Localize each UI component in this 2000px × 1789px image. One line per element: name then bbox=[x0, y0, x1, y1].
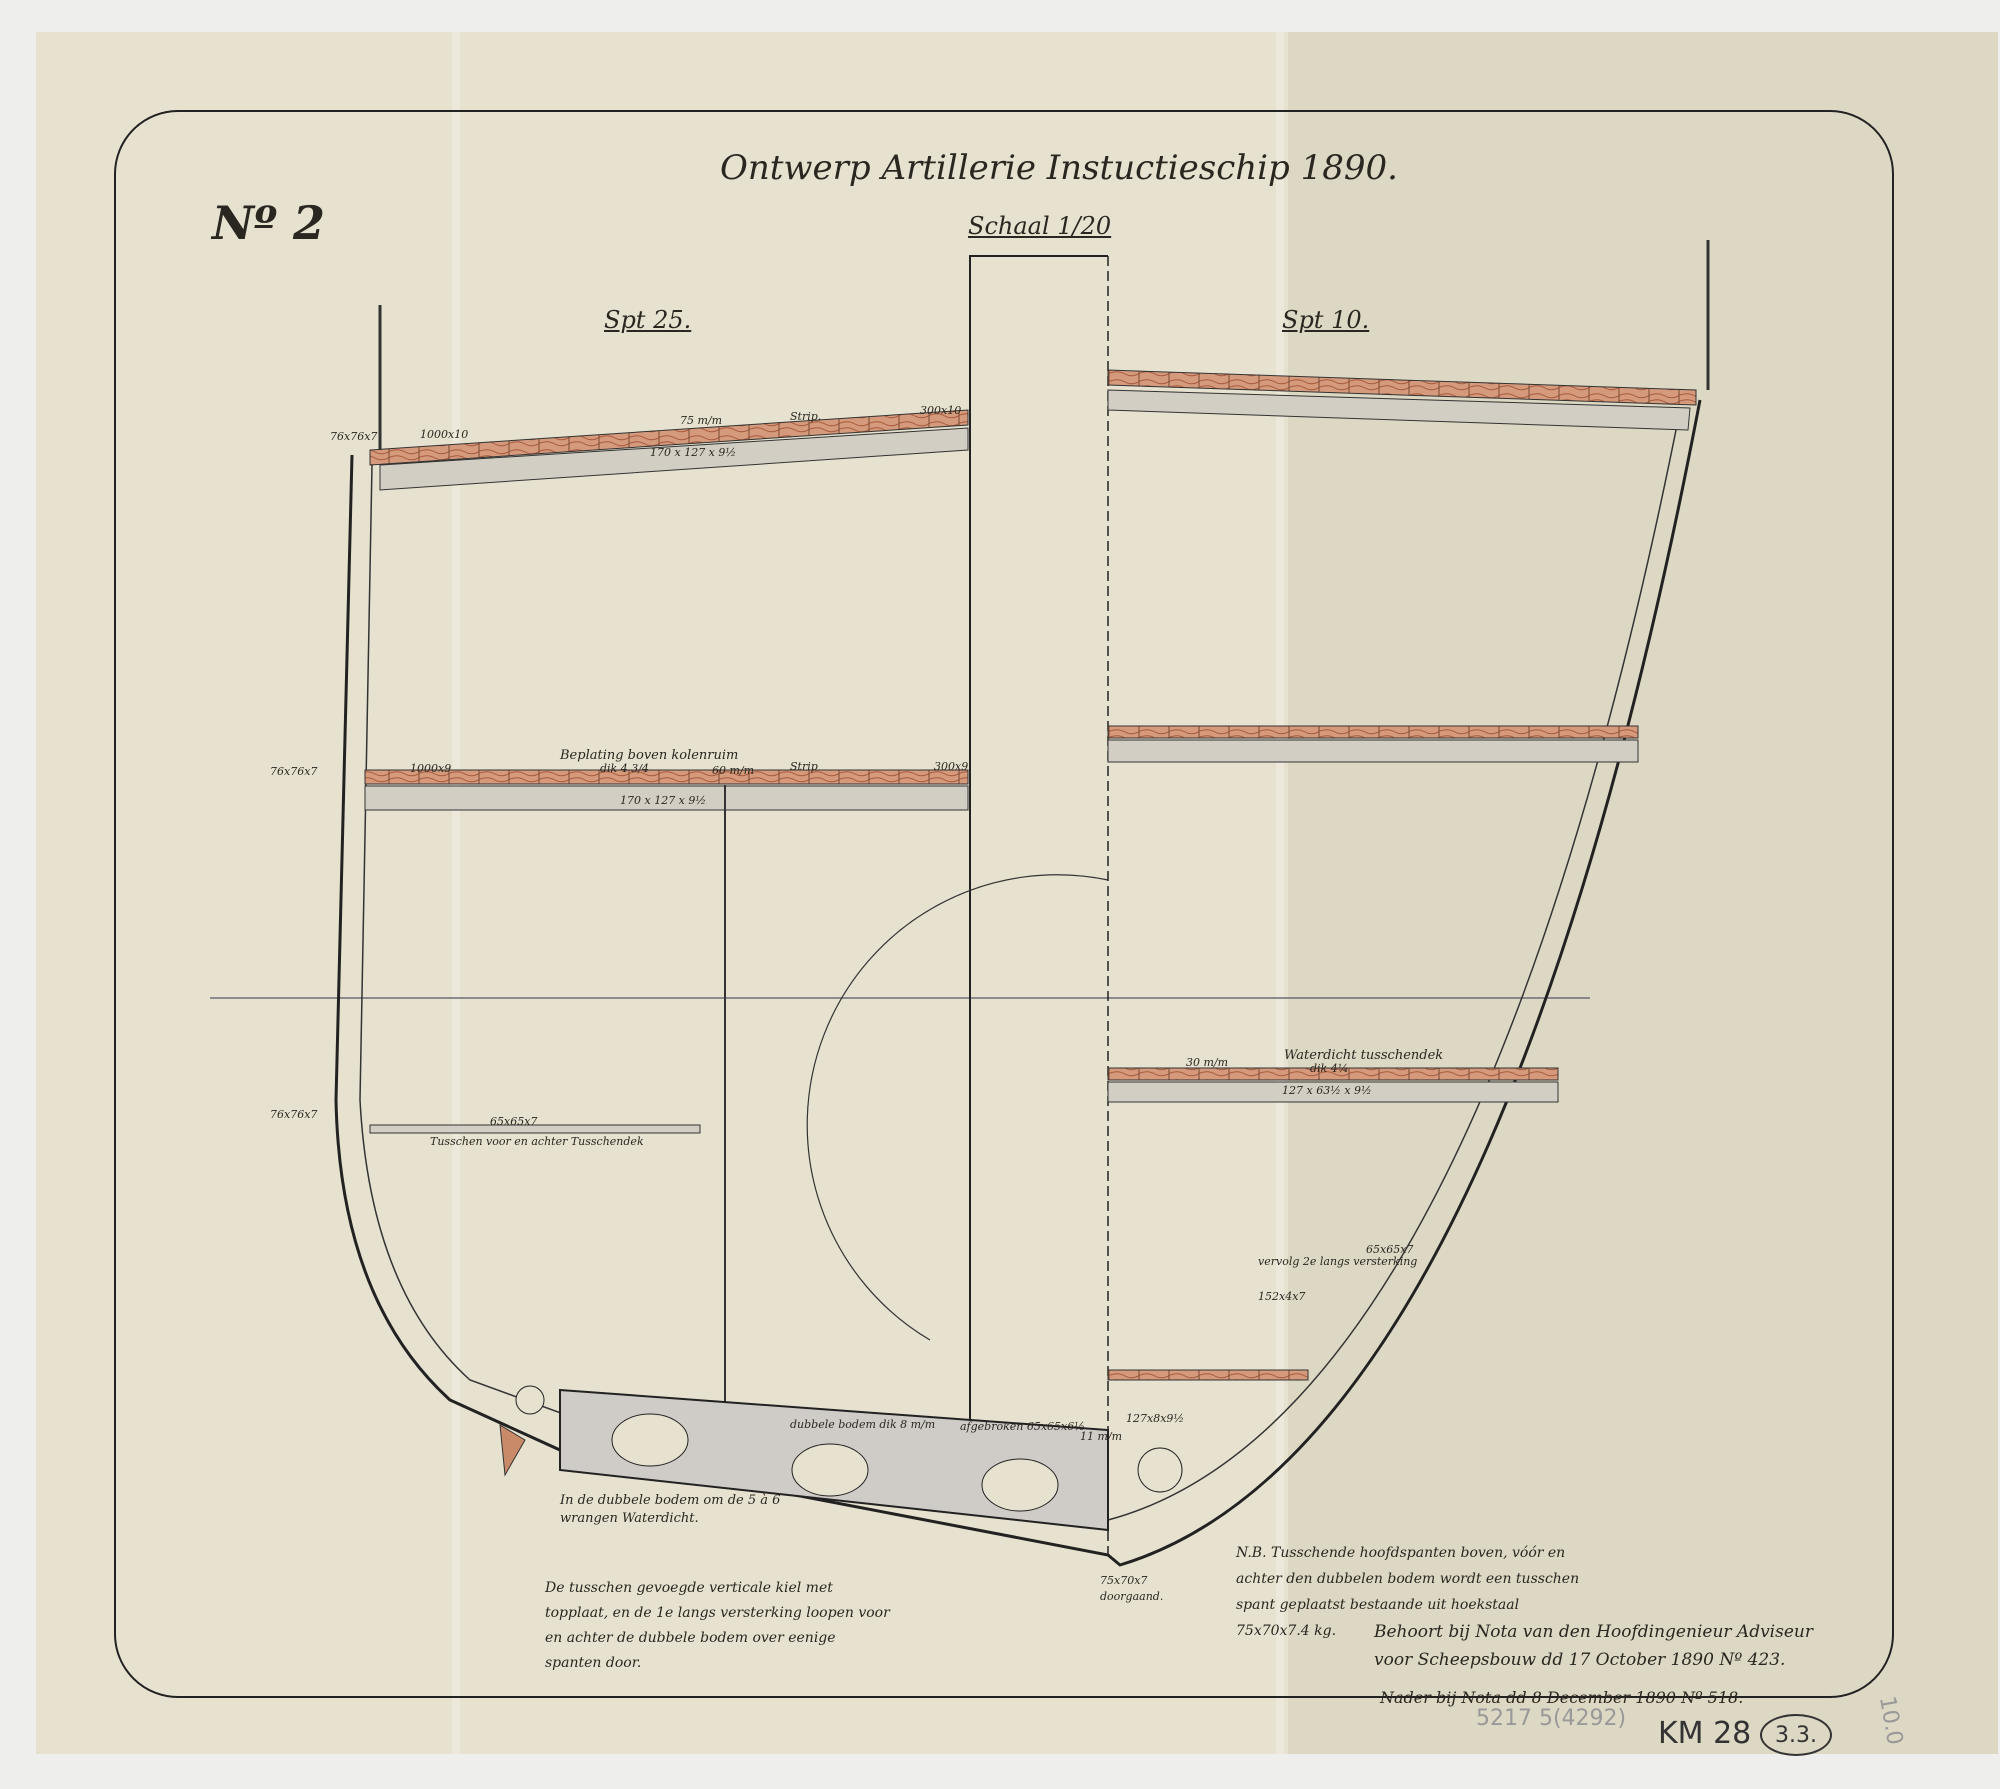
dim-label: Strip. bbox=[790, 410, 821, 423]
dim-label: 30 m/m bbox=[1186, 1056, 1228, 1069]
dim-label: 76x76x7 bbox=[330, 430, 377, 443]
note-vertical-keel: De tusschen gevoegde verticale kiel met … bbox=[545, 1576, 890, 1676]
note-double-bottom: In de dubbele bodem om de 5 à 6 wrangen … bbox=[560, 1492, 820, 1528]
dim-label: 65x65x7 bbox=[1366, 1243, 1413, 1256]
dim-label: 300x10 bbox=[920, 404, 961, 417]
dim-label: afgebroken 65x65x6½ bbox=[960, 1420, 1085, 1433]
note-behoort-line2: voor Scheepsbouw dd 17 October 1890 Nº 4… bbox=[1374, 1650, 1785, 1670]
dim-label: 11 m/m bbox=[1080, 1430, 1122, 1443]
dim-label: 75 m/m bbox=[680, 414, 722, 427]
drawing-scale: Schaal 1/20 bbox=[968, 212, 1111, 240]
dim-label: Beplating boven kolenruim bbox=[560, 748, 738, 763]
dim-label: 65x65x7 bbox=[490, 1115, 537, 1128]
dim-label: 60 m/m bbox=[712, 764, 754, 777]
dim-label: dubbele bodem dik 8 m/m bbox=[790, 1418, 935, 1431]
circled-mark-text: 3.3. bbox=[1775, 1723, 1817, 1748]
pencil-reference: 5217 5(4292) bbox=[1476, 1706, 1626, 1731]
dim-label: 170 x 127 x 9½ bbox=[650, 446, 736, 459]
drawing-number: Nº 2 bbox=[212, 196, 325, 250]
dim-label: Waterdicht tusschendek bbox=[1284, 1048, 1443, 1063]
dim-label: 300x9 bbox=[934, 760, 968, 773]
dim-label: 152x4x7 bbox=[1258, 1290, 1305, 1303]
dim-label: dik 4 3/4 bbox=[600, 762, 649, 775]
dim-label: 1000x10 bbox=[420, 428, 468, 441]
section-label-left: Spt 25. bbox=[604, 306, 691, 334]
dim-label: 76x76x7 bbox=[270, 765, 317, 778]
dim-label: 170 x 127 x 9½ bbox=[620, 794, 706, 807]
dim-label: 76x76x7 bbox=[270, 1108, 317, 1121]
dim-label: 127x8x9½ bbox=[1126, 1412, 1184, 1425]
dim-label: Strip bbox=[790, 760, 818, 773]
note-nader: Nader bij Nota dd 8 December 1890 Nº 518… bbox=[1380, 1688, 1743, 1707]
circled-mark: 3.3. bbox=[1760, 1714, 1832, 1756]
hull-cross-section bbox=[0, 0, 2000, 1789]
drawing-title: Ontwerp Artillerie Instuctieschip 1890. bbox=[720, 148, 1398, 188]
dim-label: 127 x 63½ x 9½ bbox=[1282, 1084, 1372, 1097]
dim-label: 75x70x7 bbox=[1100, 1574, 1147, 1587]
dim-label: doorgaand. bbox=[1100, 1590, 1163, 1603]
section-label-right: Spt 10. bbox=[1282, 306, 1369, 334]
dim-label: dik 4¼ bbox=[1310, 1062, 1348, 1075]
dim-label: Tusschen voor en achter Tusschendek bbox=[430, 1135, 644, 1148]
dim-label: vervolg 2e langs versterking bbox=[1258, 1255, 1417, 1268]
note-behoort-line1: Behoort bij Nota van den Hoofdingenieur … bbox=[1374, 1622, 1813, 1642]
dim-label: 1000x9 bbox=[410, 762, 451, 775]
collection-mark: KM 28 bbox=[1658, 1716, 1751, 1751]
